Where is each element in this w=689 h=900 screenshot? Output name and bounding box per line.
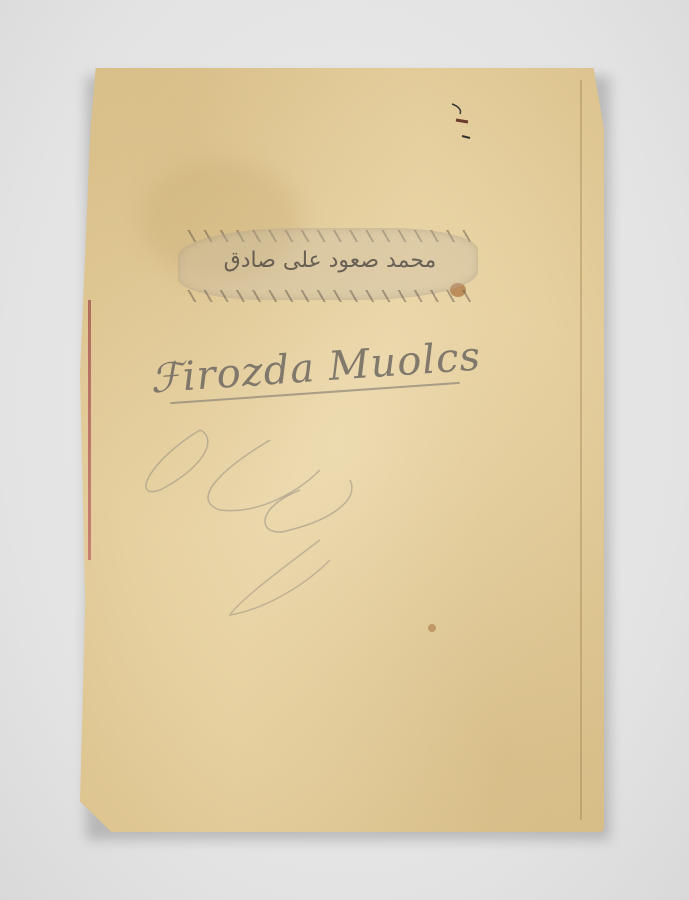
pencil-scribbles — [0, 0, 689, 900]
